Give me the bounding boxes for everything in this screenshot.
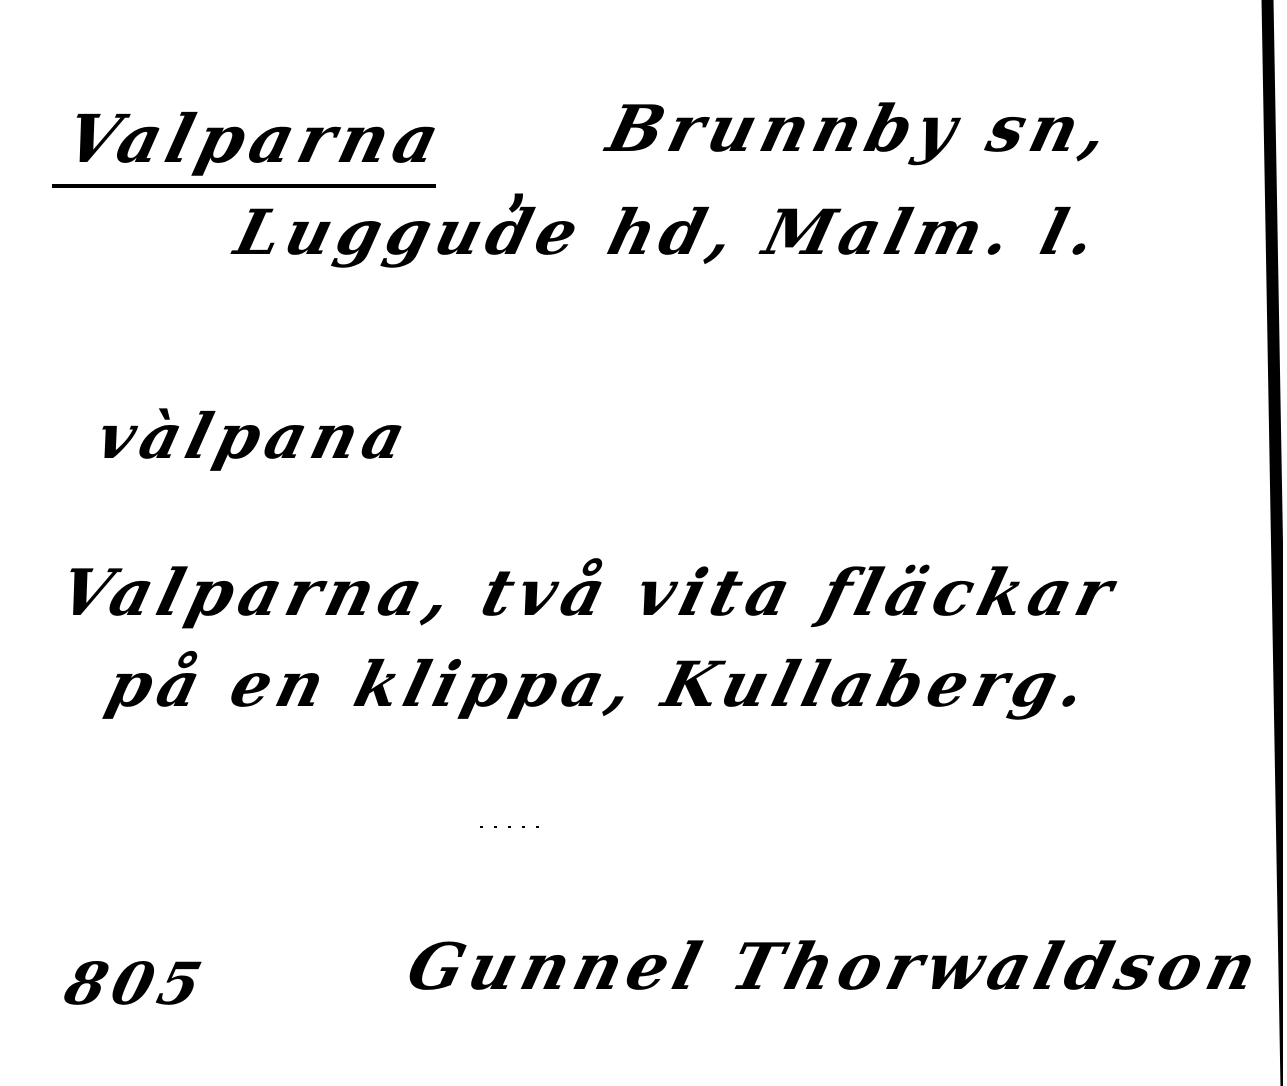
district-text: Luggude hd, Malm. l. xyxy=(228,196,1109,269)
archive-card: Valparna , Brunnby sn, Luggude hd, Malm.… xyxy=(0,0,1287,1086)
pronunciation-text: vàlpana xyxy=(90,400,419,473)
place-name-heading: Valparna xyxy=(58,100,453,178)
parish-text: Brunnby sn, xyxy=(600,92,1121,167)
heading-underline xyxy=(52,184,436,188)
card-number: 805 xyxy=(58,950,214,1018)
scan-noise xyxy=(480,826,540,828)
signature-and-year: Gunnel Thorwaldson 1945. xyxy=(400,930,1287,1005)
description-line-1: Valparna, två vita fläckar xyxy=(52,556,1126,631)
scan-margin xyxy=(1283,0,1287,1086)
description-line-2: på en klippa, Kullaberg. xyxy=(100,648,1099,721)
